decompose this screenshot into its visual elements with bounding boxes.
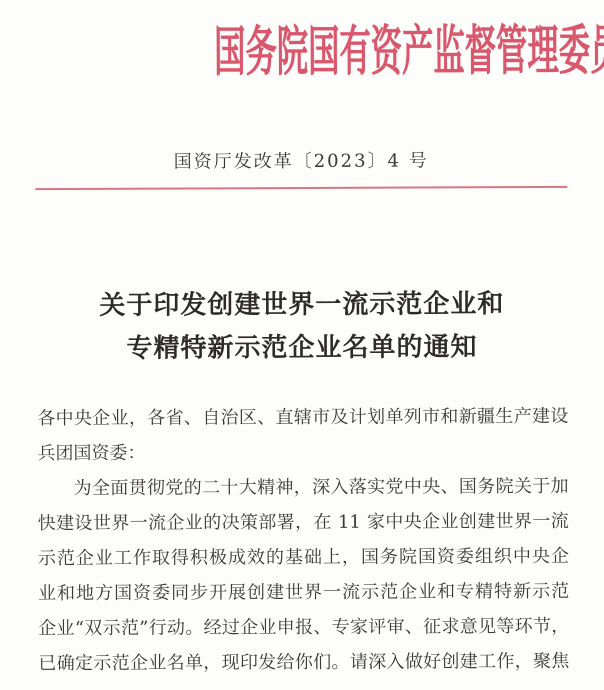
document-title: 关于印发创建世界一流示范企业和 专精特新示范企业名单的通知 (0, 283, 604, 372)
red-divider-rule (35, 186, 567, 190)
document-number: 国资厅发改革〔2023〕4 号 (0, 146, 603, 175)
document-title-line-1: 关于印发创建世界一流示范企业和 (0, 283, 604, 329)
document-title-line-2: 专精特新示范企业名单的通知 (0, 326, 604, 372)
body-line: 已确定示范企业名单，现印发给你们。请深入做好创建工作，聚焦 (38, 644, 569, 681)
body-line: 企业“双示范”行动。经过企业申报、专家评审、征求意见等环节， (38, 609, 569, 646)
body-line: 示范企业工作取得积极成效的基础上，国务院国资委组织中央企 (38, 539, 569, 576)
issuing-agency-banner: 国务院国有资产监督管理委员会办公厅文件 (214, 16, 604, 85)
body-line: 为全面贯彻党的二十大精神，深入落实党中央、国务院关于加 (38, 469, 569, 506)
document-page: 国务院国有资产监督管理委员会办公厅文件 国资厅发改革〔2023〕4 号 关于印发… (0, 0, 604, 690)
body-line-salutation: 兵团国资委： (37, 434, 568, 471)
scanned-document: 国务院国有资产监督管理委员会办公厅文件 国资厅发改革〔2023〕4 号 关于印发… (0, 0, 604, 690)
body-line: 业和地方国资委同步开展创建世界一流示范企业和专精特新示范 (38, 574, 569, 611)
body-line: 各中央企业，各省、自治区、直辖市及计划单列市和新疆生产建设 (37, 399, 568, 436)
body-line: 快建设世界一流企业的决策部署，在 11 家中央企业创建世界一流 (38, 504, 569, 541)
document-body: 各中央企业，各省、自治区、直辖市及计划单列市和新疆生产建设 兵团国资委： 为全面… (37, 399, 569, 681)
red-header-banner: 国务院国有资产监督管理委员会办公厅文件 (0, 17, 603, 86)
